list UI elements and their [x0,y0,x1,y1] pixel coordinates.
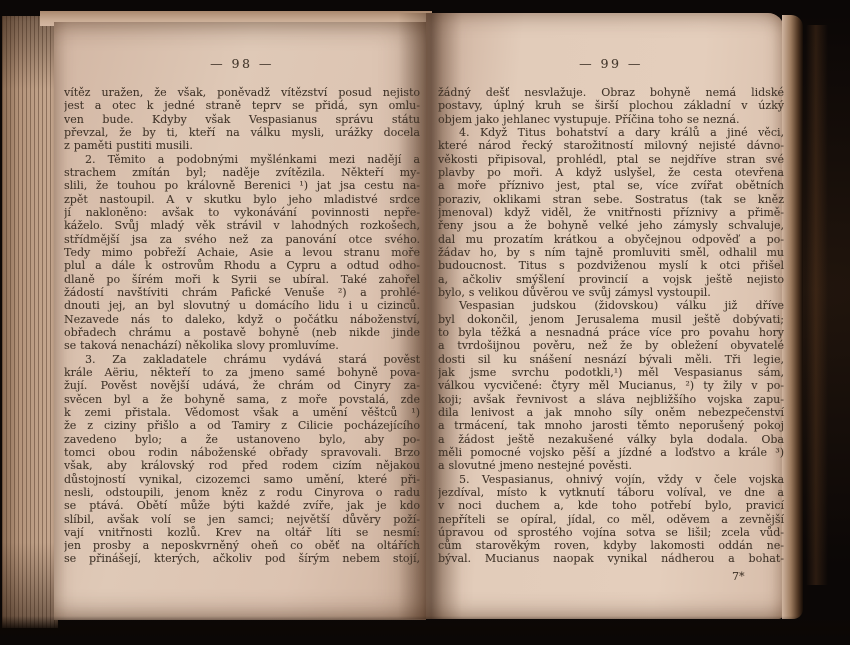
text-line: převzal, že by ti, kteří na válku mysli,… [64,126,420,139]
text-line: a moře příznivo jest, ptal se, více zvíř… [438,179,784,192]
cover-edge [806,25,828,585]
text-line: krále Aëriu, někteří to za jmeno samé bo… [64,366,420,379]
text-line: cům starověkým roven, kdyby lakomosti od… [438,539,784,552]
text-line: 3. Za zakladatele chrámu vydává stará po… [64,353,420,366]
book-scan-photo: — 98 — vítěz uražen, že však, poněvadž v… [0,0,850,645]
text-line: strachem zmítán byl; naděje zvítězila. N… [64,166,420,179]
text-line: válkou vycvičené: čtyry měl Mucianus, ²)… [438,379,784,392]
text-line: 2. Těmito a podobnými myšlénkami mezi na… [64,153,420,166]
text-line: a žádost ještě nezakušené války byla dod… [438,433,784,446]
text-line: poraziv, oklikami stran sebe. Sostratus … [438,193,784,206]
text-line: dila lenivost a jak mnoho síly oněm nebe… [438,406,784,419]
text-line: plavby po moři. A když uslyšel, že cesta… [438,166,784,179]
text-line: se taková nenachází) několika slovy prom… [64,339,420,352]
text-line: to byla těžká a nesnadná práce více pro … [438,326,784,339]
text-line: se ptává. Obětí může býti každé zvíře, j… [64,499,420,512]
text-line: žují. Pověst novější udává, že chrám od … [64,379,420,392]
text-line: Tedy mimo pobřeží Achaie, Asie a levou s… [64,246,420,259]
text-line: 4. Když Titus bohatství a dary králů a j… [438,126,784,139]
text-line: byl dokončil, jenom Jerusalema musil ješ… [438,313,784,326]
page-98-body: vítěz uražen, že však, poněvadž vítězstv… [64,86,420,566]
page-99-text: — 99 — žádný dešť nesvlažuje. Obraz bohy… [438,56,784,583]
text-line: jak jsme svrchu podotkli,¹) měl Vespasia… [438,366,784,379]
text-line: zavedeno bylo; a že ustanoveno bylo, aby… [64,433,420,446]
page-98-text: — 98 — vítěz uražen, že však, poněvadž v… [64,56,420,566]
text-line: řeny jsou a že bohyně velké jeho zámysly… [438,219,784,232]
text-line: věkosti připisoval, prohlédl, ptal se ne… [438,153,784,166]
text-line: dnouti jej, an byl slovutný u domácího l… [64,299,420,312]
text-line: vají vnitřnosti kozlů. Krev na oltář lít… [64,526,420,539]
text-line: zpět nastoupil. A v skutku bylo jeho mla… [64,193,420,206]
text-line: slili, že touhou po královně Berenici ¹)… [64,179,420,192]
bottom-shadow [0,616,850,645]
text-line: slíbil, avšak volí se jen samci; největš… [64,513,420,526]
text-line: budoucnost. Titus s pozdviženou myslí k … [438,259,784,272]
text-line: obřadech chrámu a postavě bohyně (neb ni… [64,326,420,339]
text-line: úpravou od sprostého vojína sotva se liš… [438,526,784,539]
text-line: se přinášejí, kterých, ačkoliv pod šírým… [64,552,420,565]
text-line: k zemi přistala. Vědomost však a umění v… [64,406,420,419]
text-line: Vespasian judskou (židovskou) válku již … [438,299,784,312]
page-number-98: — 98 — [64,56,420,71]
text-line: bylo, s velikou důvěrou ve svůj zámysl v… [438,286,784,299]
text-line: objem jako jehlanec vystupuje. Příčina t… [438,113,784,126]
text-line: střídmější jsa za svého než za panování … [64,233,420,246]
text-line: postavy, úplný kruh se širší plochou zák… [438,99,784,112]
text-line: nepříteli se opíral, jídal, co měl, oděv… [438,513,784,526]
text-line: a, ačkoliv smýšlení provincií a vojsk je… [438,273,784,286]
text-line: tomci obou rodin náboženské obřady sprav… [64,446,420,459]
text-line: že z ciziny přišlo a od Tamiry z Cilicie… [64,419,420,432]
text-line: měli pomocné vojsko pěší a jízdné a loďs… [438,446,784,459]
text-line: žádný dešť nesvlažuje. Obraz bohyně nemá… [438,86,784,99]
text-line: dlaně po šírém moři k Syrii se ubíral. T… [64,273,420,286]
text-line: jí nakloněno: avšak to vykonávání povinn… [64,206,420,219]
text-line: dal mu prozatím krátkou a obyčejnou odpo… [438,233,784,246]
text-line: 5. Vespasianus, ohnivý vojín, vždy v čel… [438,473,784,486]
text-line: a slovutné jmeno nestejné pověsti. [438,459,784,472]
text-line: z paměti pustiti musili. [64,139,420,152]
right-fore-edge [782,15,803,619]
text-line: Nezavede nás to daleko, když o počátku n… [64,313,420,326]
text-line: svěcen byl a že bohyně sama, z moře povs… [64,393,420,406]
text-line: jmenoval) když viděl, že vnitřnosti příz… [438,206,784,219]
text-line: káželo. Svůj mladý věk strávil v lahodný… [64,219,420,232]
text-line: dosti sil ku snášení nesnází bývali měli… [438,353,784,366]
text-line: a tvrdošijnou pověru, než že by obležení… [438,339,784,352]
text-line: koji; avšak řevnivost a sláva nejbližšíh… [438,393,784,406]
text-line: však, aby královský rod před rodem cizím… [64,459,420,472]
text-line: a trmácení, tak mnoho jarosti těmto nepo… [438,419,784,432]
text-line: v noci duchem a, kde toho potřebí bylo, … [438,499,784,512]
text-line: žádav ho, by s ním tajně promluviti směl… [438,246,784,259]
page-number-99: — 99 — [438,56,784,71]
text-line: nesli, odstoupili, jenom kněz z rodu Cin… [64,486,420,499]
signature-mark: 7* [438,570,784,583]
text-line: ven bude. Kdyby však Vespasianus správu … [64,113,420,126]
text-line: důstojností vynikal, cizozemci samo uměn… [64,473,420,486]
left-page-edges [2,16,58,628]
page-99-body: žádný dešť nesvlažuje. Obraz bohyně nemá… [438,86,784,566]
text-line: žádostí navštíviti chrám Pafické Venuše … [64,286,420,299]
text-line: jest a otec k jedné straně teprv se přid… [64,99,420,112]
text-line: jezdíval, místo k vytknutí táboru volíva… [438,486,784,499]
text-line: které národ řecký starožitností milovný … [438,139,784,152]
text-line: vítěz uražen, že však, poněvadž vítězstv… [64,86,420,99]
text-line: plul a dále k ostrovům Rhodu a Cypru a o… [64,259,420,272]
text-line: jen prosby a neposkvrněný oheň co oběť n… [64,539,420,552]
text-line: býval. Mucianus naopak vynikal nádherou … [438,552,784,565]
